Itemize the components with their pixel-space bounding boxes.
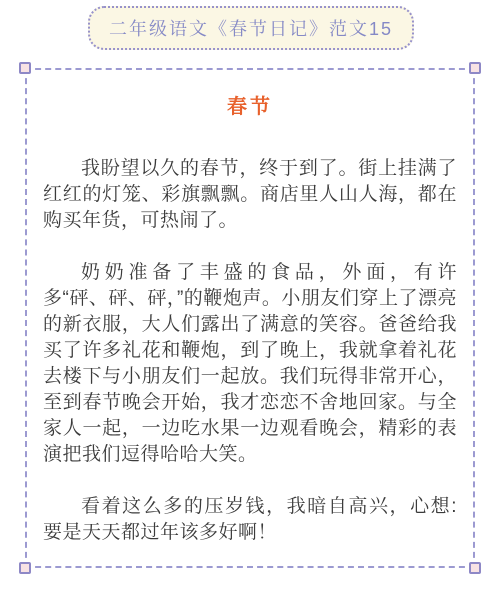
- essay-body: 我盼望以久的春节，终于到了。街上挂满了红红的灯笼、彩旗飘飘。商店里人山人海，都在…: [43, 156, 457, 546]
- header-badge-label: 二年级语文《春节日记》范文15: [109, 15, 393, 41]
- essay-paragraph-1: 我盼望以久的春节，终于到了。街上挂满了红红的灯笼、彩旗飘飘。商店里人山人海，都在…: [43, 156, 457, 234]
- essay-paragraph-3: 看着这么多的压岁钱，我暗自高兴，心想:要是天天都过年该多好啊！: [43, 494, 457, 546]
- corner-ornament-bottom-right: [469, 562, 481, 574]
- essay-paragraph-2: 奶奶准备了丰盛的食品，外面，有许多“砰、砰、砰，”的鞭炮声。小朋友们穿上了漂亮的…: [43, 260, 457, 468]
- essay-page: 二年级语文《春节日记》范文15 春节 我盼望以久的春节，终于到了。街上挂满了红红…: [0, 0, 500, 606]
- content-frame: 春节 我盼望以久的春节，终于到了。街上挂满了红红的灯笼、彩旗飘飘。商店里人山人海…: [25, 68, 475, 568]
- header-badge: 二年级语文《春节日记》范文15: [88, 6, 414, 50]
- corner-ornament-bottom-left: [19, 562, 31, 574]
- corner-ornament-top-right: [469, 62, 481, 74]
- essay-title: 春节: [43, 96, 457, 118]
- corner-ornament-top-left: [19, 62, 31, 74]
